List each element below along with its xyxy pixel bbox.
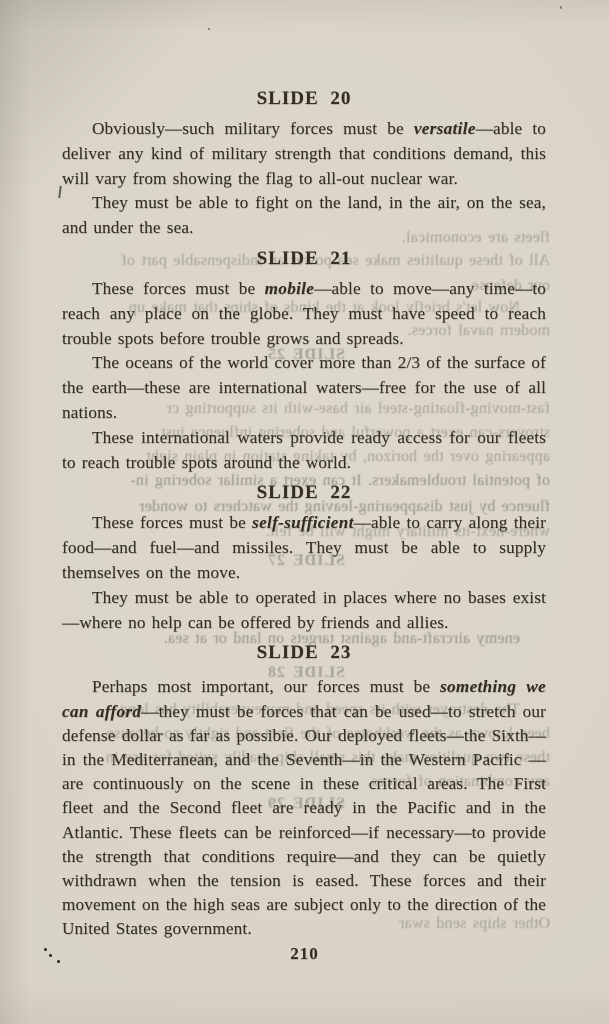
emphasis-versatile: versatile: [414, 119, 476, 138]
scanned-document-page: fleets are economical. All of these qual…: [0, 0, 609, 1024]
slide-22-heading: SLIDE 22: [62, 481, 546, 505]
slide-21-paragraph-1: These forces must be mobile—able to move…: [62, 277, 546, 351]
slide-21-paragraph-2: The oceans of the world cover more than …: [62, 351, 546, 425]
slide-23-paragraph-1: Perhaps most important, our forces must …: [62, 675, 546, 941]
text-run: —they must be forces that can be used—to…: [62, 702, 546, 939]
ink-speck: [208, 28, 210, 30]
text-run: Obviously—such military forces must be: [92, 119, 414, 138]
emphasis-self-sufficient: self-sufficient: [252, 513, 354, 532]
slide-20-paragraph-1: Obviously—such military forces must be v…: [62, 117, 546, 191]
slide-22-paragraph-2: They must be able to operated in places …: [62, 586, 546, 636]
slide-21-paragraph-3: These international waters provide ready…: [62, 426, 546, 476]
slide-21-heading: SLIDE 21: [62, 247, 546, 271]
text-run: These forces must be: [92, 513, 252, 532]
slide-22-paragraph-1: These forces must be self-sufficient—abl…: [62, 511, 546, 585]
page-text-block: SLIDE 20 Obviously—such military forces …: [62, 87, 546, 942]
text-run: Perhaps most important, our forces must …: [92, 677, 440, 696]
text-run: These forces must be: [92, 279, 265, 298]
slide-23-heading: SLIDE 23: [62, 641, 546, 665]
slide-20-paragraph-2: They must be able to fight on the land, …: [62, 191, 546, 241]
slide-20-heading: SLIDE 20: [62, 87, 546, 111]
ink-speck: [560, 6, 562, 9]
emphasis-mobile: mobile: [265, 279, 315, 298]
page-number: 210: [0, 944, 609, 964]
